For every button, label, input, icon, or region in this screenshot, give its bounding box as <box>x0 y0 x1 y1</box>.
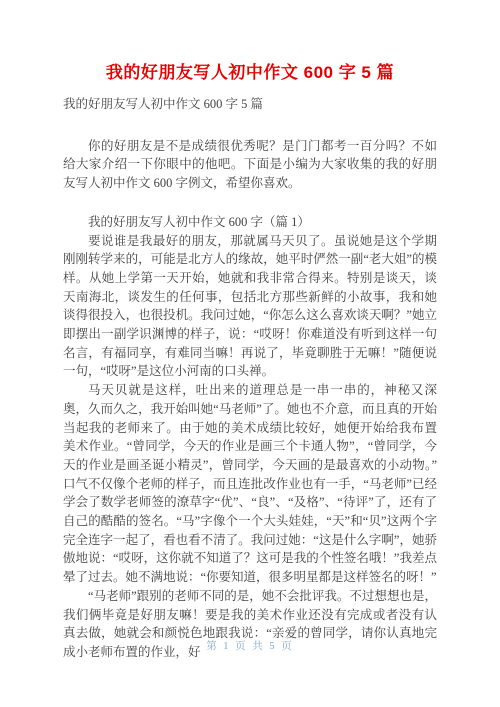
document-title: 我的好朋友写人初中作文 600 字 5 篇 <box>63 62 437 84</box>
intro-paragraph: 你的好朋友是不是成绩很优秀呢？是门门都考一百分吗？不如给大家介绍一下你眼中的他吧… <box>63 137 437 193</box>
body-paragraph: 要说谁是我最好的朋友，那就属马天贝了。虽说她是这个学期刚刚转学来的，可能是北方人… <box>63 232 437 382</box>
document-subtitle: 我的好朋友写人初中作文 600 字 5 篇 <box>63 95 437 114</box>
body-paragraph: 马天贝就是这样，吐出来的道理总是一串一串的，神秘又深奥，久而久之，我开始叫她“马… <box>63 381 437 587</box>
document-page: 我的好朋友写人初中作文 600 字 5 篇 我的好朋友写人初中作文 600 字 … <box>0 0 500 707</box>
page-number-indicator: 第 1 页 共 5 页 <box>0 638 500 653</box>
section-heading: 我的好朋友写人初中作文 600 字（篇 1） <box>63 213 437 232</box>
